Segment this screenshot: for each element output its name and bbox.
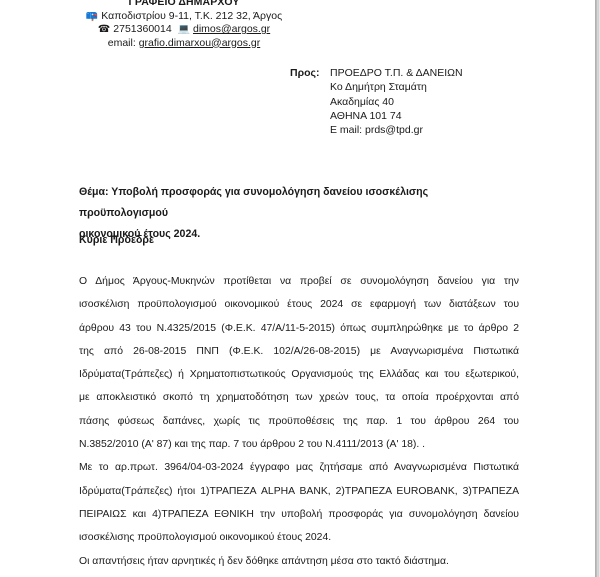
- paragraph-1: Ο Δήμος Άργους-Μυκηνών προτίθεται να προ…: [79, 270, 519, 456]
- body-line: Ν.3852/2010 (Α' 87) και της παρ. 7 του ά…: [79, 433, 519, 456]
- letter-body: Ο Δήμος Άργους-Μυκηνών προτίθεται να προ…: [79, 270, 519, 573]
- email-line: email: grafio.dimarxou@argos.gr: [84, 37, 284, 51]
- body-line: Ο Δήμος Άργους-Μυκηνών προτίθεται να προ…: [79, 270, 519, 293]
- mailbox-icon: 📪: [86, 10, 98, 24]
- body-line: της από 26-08-2015 ΠΝΠ (Φ.Ε.Κ. 102/Α/26-…: [79, 340, 519, 363]
- email-label: email:: [108, 37, 136, 49]
- recipient-line: Ακαδημίας 40: [330, 95, 463, 109]
- address-line: 📪Καποδιστρίου 9-11, Τ.Κ. 212 32, Άργος: [84, 10, 284, 24]
- letterhead: ΓΡΑΦΕΙΟ ΔΗΜΑΡΧΟΥ 📪Καποδιστρίου 9-11, Τ.Κ…: [84, 0, 284, 50]
- body-line: Με το αρ.πρωτ. 3964/04-03-2024 έγγραφο μ…: [79, 456, 519, 479]
- recipient-address: ΠΡΟΕΔΡΟ Τ.Π. & ΔΑΝΕΙΩΝ Κο Δημήτρη Σταμάτ…: [330, 66, 463, 137]
- salutation: Κύριε Πρόεδρε: [79, 234, 154, 246]
- body-line: Οι απαντήσεις ήταν αρνητικές ή δεν δόθηκ…: [79, 550, 519, 573]
- recipient-line: Κο Δημήτρη Σταμάτη: [330, 80, 463, 94]
- page-edge-border: [595, 0, 600, 577]
- phone-number: 2751360014: [113, 23, 171, 35]
- body-line: πάσης φύσεως δαπάνες, χωρίς τις προϋποθέ…: [79, 410, 519, 433]
- subject-line: Θέμα: Υποβολή προσφοράς για συνομολόγηση…: [79, 182, 519, 224]
- letter-page: ΓΡΑΦΕΙΟ ΔΗΜΑΡΧΟΥ 📪Καποδιστρίου 9-11, Τ.Κ…: [0, 0, 596, 577]
- contact-line: ☎2751360014 💻dimos@argos.gr: [84, 23, 284, 37]
- office-title: ΓΡΑΦΕΙΟ ΔΗΜΑΡΧΟΥ: [84, 0, 284, 10]
- recipient-line: ΑΘΗΝΑ 101 74: [330, 109, 463, 123]
- body-line: ισοσκέλισης προϋπολογισμού οικονομικού έ…: [79, 526, 519, 549]
- telephone-icon: ☎: [98, 23, 110, 37]
- address-text: Καποδιστρίου 9-11, Τ.Κ. 212 32, Άργος: [101, 10, 282, 22]
- body-line: Ιδρύματα(Τράπεζες) ή Χρηματοπιστωτικούς …: [79, 363, 519, 386]
- body-line: ισοσκέλιση προϋπολογισμού οικονομικού έτ…: [79, 293, 519, 316]
- paragraph-2: Με το αρ.πρωτ. 3964/04-03-2024 έγγραφο μ…: [79, 456, 519, 549]
- website-email-link[interactable]: dimos@argos.gr: [193, 23, 270, 35]
- recipient-line: E mail: prds@tpd.gr: [330, 123, 463, 137]
- paragraph-3: Οι απαντήσεις ήταν αρνητικές ή δεν δόθηκ…: [79, 550, 519, 573]
- computer-icon: 💻: [178, 23, 190, 37]
- body-line: ΠΕΙΡΑΙΩΣ και 4)ΤΡΑΠΕΖΑ ΕΘΝΙΚΗ την υποβολ…: [79, 503, 519, 526]
- recipient-label: Προς:: [290, 66, 319, 80]
- recipient-line: ΠΡΟΕΔΡΟ Τ.Π. & ΔΑΝΕΙΩΝ: [330, 66, 463, 80]
- body-line: άρθρου 43 του Ν.4325/2015 (Φ.Ε.Κ. 47/Α/1…: [79, 317, 519, 340]
- body-line: με αποκλειστικό σκοπό τη χρηματοδότηση τ…: [79, 386, 519, 409]
- email-link[interactable]: grafio.dimarxou@argos.gr: [139, 37, 261, 49]
- body-line: Ιδρύματα(Τράπεζες) ήτοι 1)ΤΡΑΠΕΖΑ ALPHA …: [79, 480, 519, 503]
